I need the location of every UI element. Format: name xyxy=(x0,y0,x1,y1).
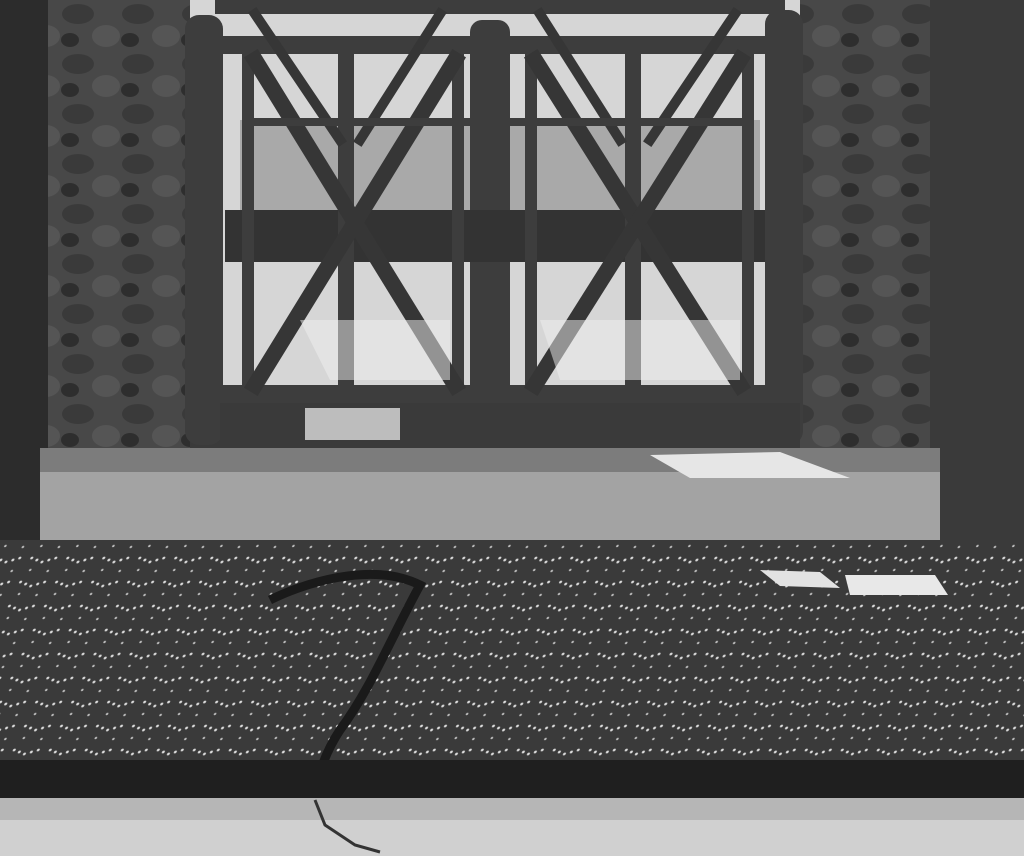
gate-plaque xyxy=(305,408,400,440)
sill-shadow xyxy=(0,760,1024,800)
photograph xyxy=(0,0,1024,856)
threshold-step xyxy=(40,448,940,542)
front-sill xyxy=(0,798,1024,856)
scene-drawing xyxy=(0,0,1024,856)
